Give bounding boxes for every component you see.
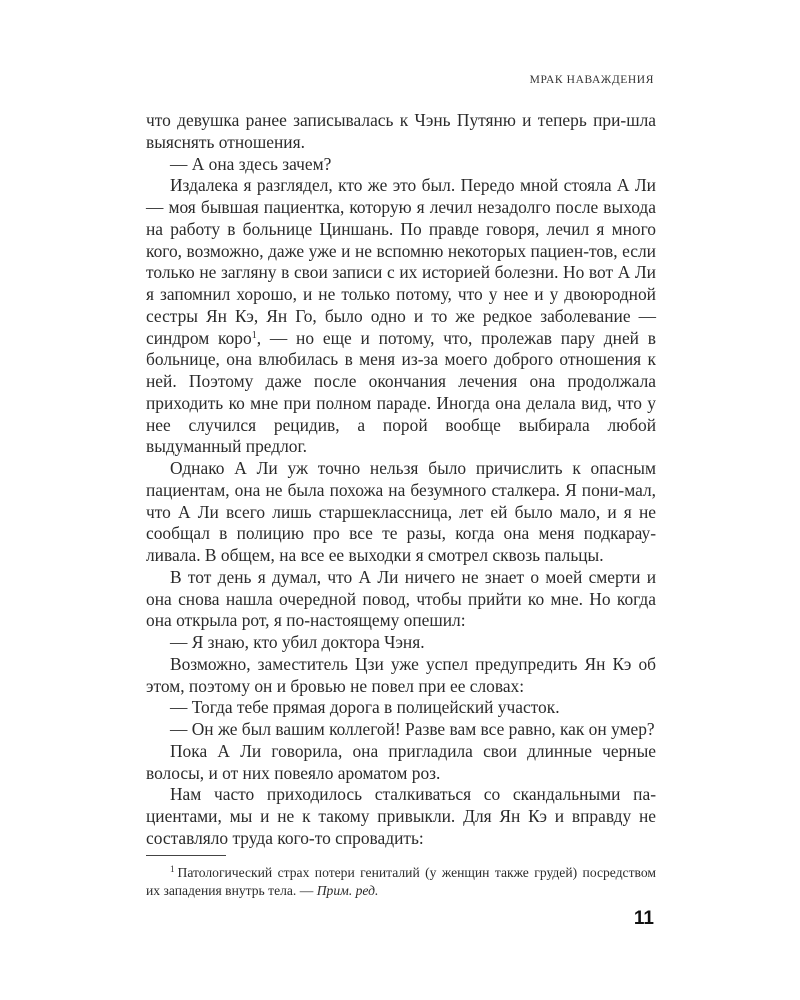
paragraph-dialogue: — Он же был вашим коллегой! Разве вам вс…: [146, 719, 656, 741]
paragraph: что девушка ранее записывалась к Чэнь Пу…: [146, 110, 656, 154]
paragraph-with-footnote-ref: Издалека я разглядел, кто же это был. Пе…: [146, 175, 656, 458]
paragraph: Возможно, заместитель Цзи уже успел пред…: [146, 654, 656, 698]
paragraph-dialogue: — Тогда тебе прямая дорога в полицейский…: [146, 697, 656, 719]
paragraph-text: Издалека я разглядел, кто же это был. Пе…: [146, 175, 656, 347]
footnote: 1Патологический страх потери гениталий (…: [146, 860, 656, 900]
running-head: МРАК НАВАЖДЕНИЯ: [530, 74, 654, 86]
paragraph: Пока А Ли говорила, она пригладила свои …: [146, 741, 656, 785]
book-page: МРАК НАВАЖДЕНИЯ что девушка ранее записы…: [0, 0, 800, 1000]
paragraph-dialogue: — Я знаю, кто убил доктора Чэня.: [146, 632, 656, 654]
footnote-divider: [146, 855, 226, 856]
body-text: что девушка ранее записывалась к Чэнь Пу…: [146, 110, 656, 850]
footnote-text: Патологический страх потери гениталий (у…: [146, 865, 656, 898]
paragraph: Однако А Ли уж точно нельзя было причисл…: [146, 458, 656, 567]
footnote-number: 1: [170, 864, 175, 874]
page-number: 11: [634, 908, 654, 930]
paragraph: В тот день я думал, что А Ли ничего не з…: [146, 567, 656, 632]
footnote-editor-note: Прим. ред.: [317, 883, 379, 898]
footnote-paragraph: 1Патологический страх потери гениталий (…: [146, 860, 656, 900]
paragraph: Нам часто приходилось сталкиваться со ск…: [146, 784, 656, 849]
paragraph-dialogue: — А она здесь зачем?: [146, 154, 656, 176]
